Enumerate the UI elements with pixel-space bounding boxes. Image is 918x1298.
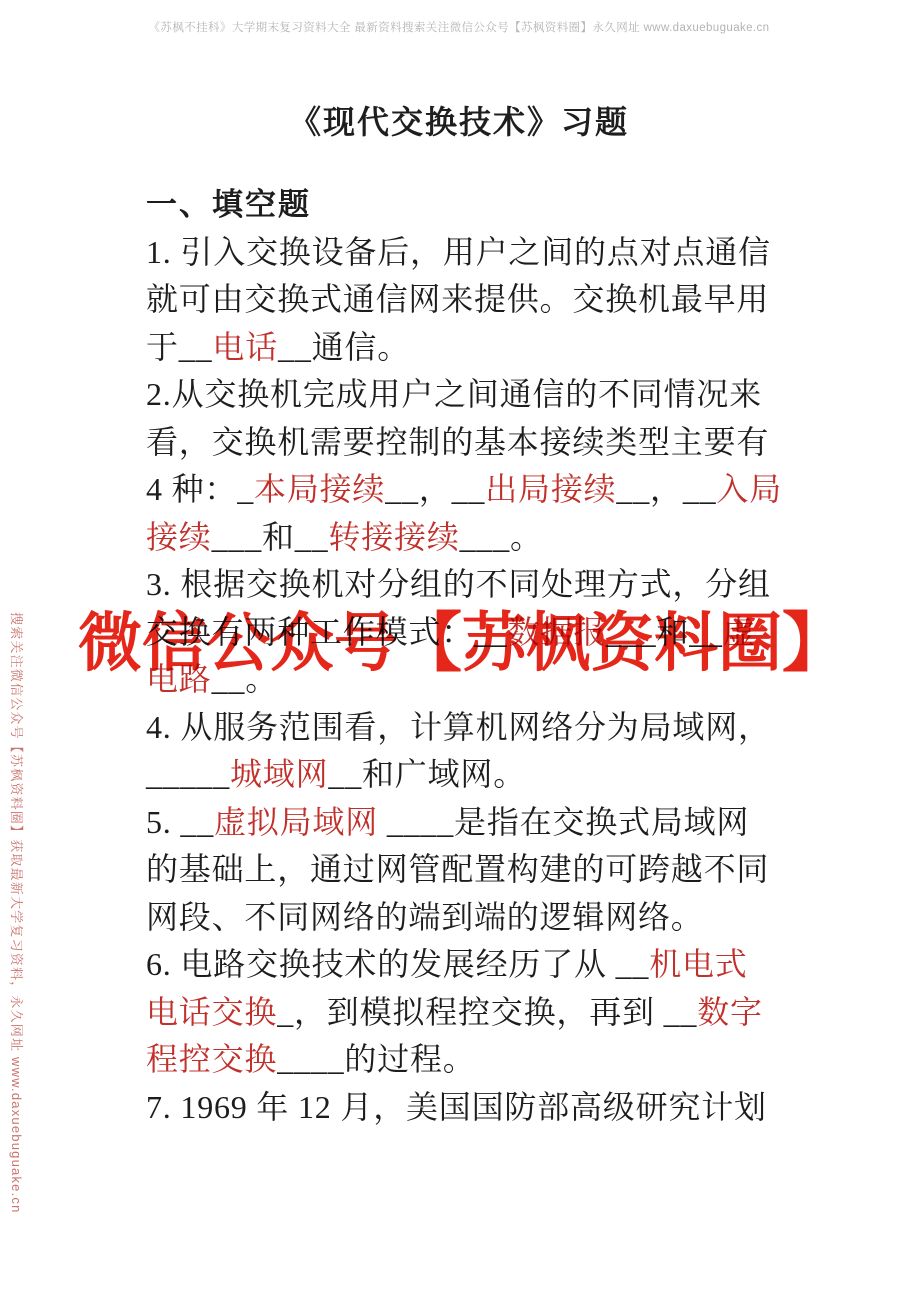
question-text: 5. __ xyxy=(146,804,214,840)
answer-text: 数字 xyxy=(697,994,763,1030)
body-line: 程控交换____的过程。 xyxy=(146,1036,794,1084)
body-line: 7. 1969 年 12 月，美国国防部高级研究计划 xyxy=(146,1084,794,1132)
answer-text: 程控交换 xyxy=(146,1041,277,1077)
question-text: 2.从交换机完成用户之间通信的不同情况来 xyxy=(146,376,762,412)
answer-text: 电话 xyxy=(212,329,278,365)
answer-text: 机电式 xyxy=(649,946,747,982)
body-line: 网段、不同网络的端到端的逻辑网络。 xyxy=(146,894,794,942)
body-line: 于__电话__通信。 xyxy=(146,324,794,372)
question-text: ___和__ xyxy=(212,519,329,555)
body-line: 的基础上，通过网管配置构建的可跨越不同 xyxy=(146,846,794,894)
body-line: 2.从交换机完成用户之间通信的不同情况来 xyxy=(146,371,794,419)
question-text: __，__ xyxy=(385,471,485,507)
question-text: 的基础上，通过网管配置构建的可跨越不同 xyxy=(146,851,769,887)
body-line: 1. 引入交换设备后，用户之间的点对点通信 xyxy=(146,229,794,277)
question-text: 于__ xyxy=(146,329,212,365)
document-page: 《苏枫不挂科》大学期末复习资料大全 最新资料搜索关注微信公众号【苏枫资料圈】永久… xyxy=(0,0,918,1298)
question-text: __，__ xyxy=(616,471,716,507)
question-text: 6. 电路交换技术的发展经历了从 __ xyxy=(146,946,649,982)
question-text: ___。 xyxy=(460,519,543,555)
question-text: ____的过程。 xyxy=(277,1041,475,1077)
body-line: _____城域网__和广域网。 xyxy=(146,751,794,799)
body-line: 6. 电路交换技术的发展经历了从 __机电式 xyxy=(146,941,794,989)
question-text: _____ xyxy=(146,756,230,792)
body-line: 就可由交换式通信网来提供。交换机最早用 xyxy=(146,276,794,324)
question-text: 7. 1969 年 12 月，美国国防部高级研究计划 xyxy=(146,1089,767,1125)
body-line: 看，交换机需要控制的基本接续类型主要有 xyxy=(146,419,794,467)
answer-text: 虚拟局域网 xyxy=(214,804,378,840)
answer-text: 转接接续 xyxy=(328,519,459,555)
document-title: 《现代交换技术》习题 xyxy=(0,97,918,143)
question-text: __通信。 xyxy=(278,329,410,365)
answer-text: 出局接续 xyxy=(485,471,616,507)
answer-text: 入局 xyxy=(716,471,782,507)
body-line: 4 种：_本局接续__，__出局接续__，__入局 xyxy=(146,466,794,514)
section-heading: 一、填空题 xyxy=(146,181,794,229)
answer-text: 电话交换 xyxy=(146,994,277,1030)
page-header-text: 《苏枫不挂科》大学期末复习资料大全 最新资料搜索关注微信公众号【苏枫资料圈】永久… xyxy=(0,19,918,35)
body-line: 4. 从服务范围看，计算机网络分为局域网， xyxy=(146,704,794,752)
watermark-text: 微信公众号【苏枫资料圈】 xyxy=(78,592,846,684)
question-text: 4. 从服务范围看，计算机网络分为局域网， xyxy=(146,709,771,745)
answer-text: 本局接续 xyxy=(254,471,385,507)
question-text: 就可由交换式通信网来提供。交换机最早用 xyxy=(146,281,769,317)
question-text: 网段、不同网络的端到端的逻辑网络。 xyxy=(146,899,704,935)
question-text: __和广域网。 xyxy=(328,756,526,792)
question-text: _，到模拟程控交换，再到 __ xyxy=(277,994,697,1030)
answer-text: 接续 xyxy=(146,519,212,555)
question-text: 4 种：_ xyxy=(146,471,254,507)
question-text: 1. 引入交换设备后，用户之间的点对点通信 xyxy=(146,234,771,270)
body-line: 5. __虚拟局域网 ____是指在交换式局域网 xyxy=(146,799,794,847)
question-text: 看，交换机需要控制的基本接续类型主要有 xyxy=(146,424,769,460)
body-line: 接续___和__转接接续___。 xyxy=(146,514,794,562)
body-line: 电话交换_，到模拟程控交换，再到 __数字 xyxy=(146,989,794,1037)
question-text: ____是指在交换式局域网 xyxy=(378,804,749,840)
sidebar-watermark-text: 搜索关注微信公众号【苏枫资料圈】获取最新大学复习资料，永久网址 www.daxu… xyxy=(8,612,27,1214)
question-text: 一、填空题 xyxy=(146,187,311,222)
answer-text: 城域网 xyxy=(230,756,328,792)
